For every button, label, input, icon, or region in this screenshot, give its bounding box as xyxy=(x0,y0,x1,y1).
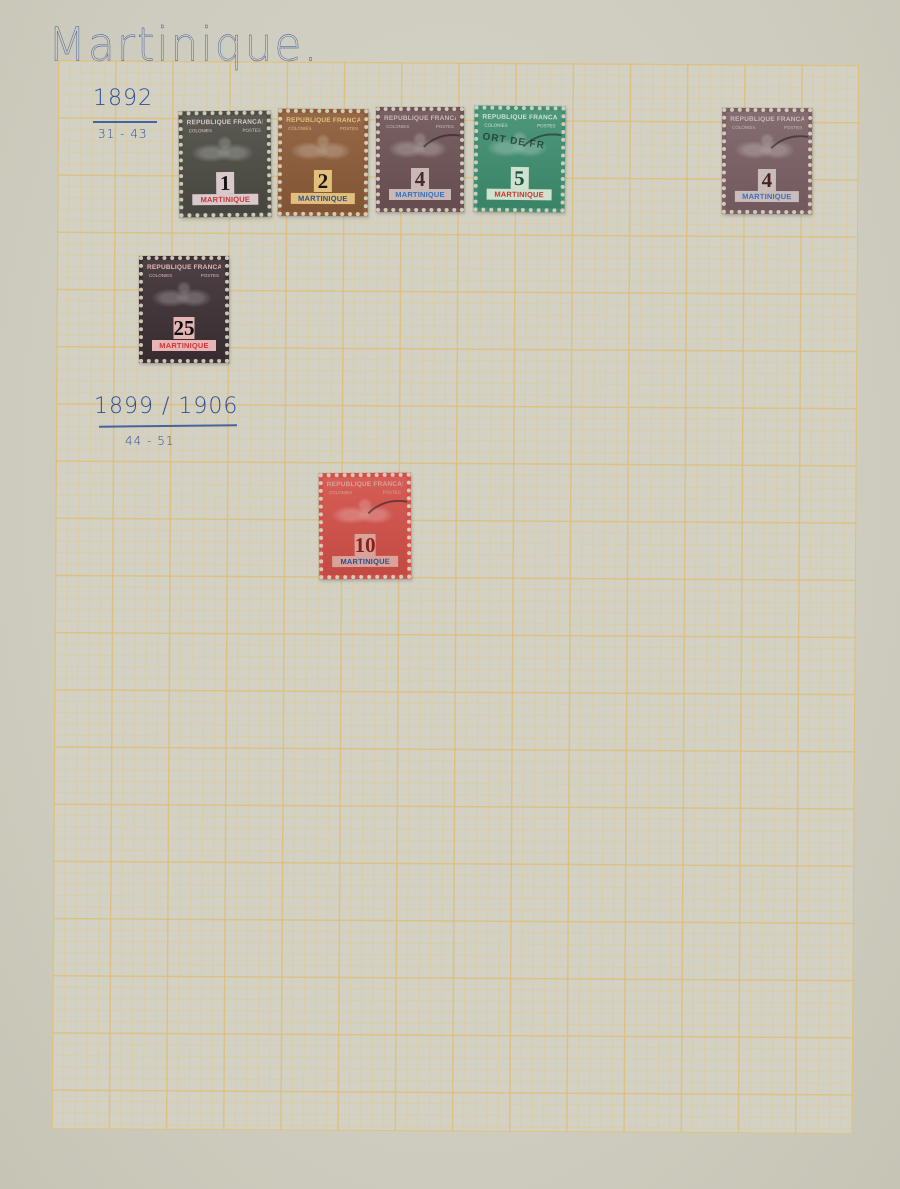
stamp-country-name: MARTINIQUE xyxy=(291,193,355,204)
stamp-2-martinique: REPUBLIQUE FRANCAISE COLONIES POSTES 2 M… xyxy=(278,109,369,216)
stamp-postes-label: POSTES xyxy=(784,125,802,130)
stamp-colonies-label: COLONIES xyxy=(288,126,311,131)
catalogue-range: 44 - 51 xyxy=(125,434,175,448)
stamp-colonies-label: COLONIES xyxy=(329,490,352,495)
stamp-allegory-figures xyxy=(151,280,217,320)
stamp-4-martinique: REPUBLIQUE FRANCAISE COLONIES POSTES 4 M… xyxy=(722,108,812,214)
stamp-header: REPUBLIQUE FRANCAISE xyxy=(187,119,263,127)
stamp-country-name: MARTINIQUE xyxy=(152,340,216,351)
stamp-country-name: MARTINIQUE xyxy=(192,194,258,206)
stamp-value: 25 xyxy=(174,317,195,339)
stamp-1-martinique: REPUBLIQUE FRANCAISE COLONIES POSTES 1 M… xyxy=(179,111,272,218)
stamp-header: REPUBLIQUE FRANCAISE xyxy=(147,264,221,271)
stamp-subheader: COLONIES POSTES xyxy=(732,125,802,130)
stamp-header: REPUBLIQUE FRANCAISE xyxy=(327,481,403,488)
stamp-10-martinique: REPUBLIQUE FRANCAISE COLONIES POSTES 10 … xyxy=(319,473,412,579)
stamp-allegory-figures xyxy=(290,133,356,173)
section-year-1899-1906: 1899 / 1906 xyxy=(94,394,238,419)
stamp-colonies-label: COLONIES xyxy=(189,128,212,133)
stamp-subheader: COLONIES POSTES xyxy=(484,123,555,129)
catalogue-range: 31 - 43 xyxy=(98,127,148,141)
stamp-value: 1 xyxy=(216,172,234,194)
stamp-header: REPUBLIQUE FRANCAISE xyxy=(730,116,804,123)
graph-grid xyxy=(51,60,859,1134)
stamp-5-martinique: REPUBLIQUE FRANCAISE COLONIES POSTES 5 M… xyxy=(473,106,565,213)
stamp-subheader: COLONIES POSTES xyxy=(189,128,261,134)
section-year-1892: 1892 xyxy=(93,86,153,111)
stamp-colonies-label: COLONIES xyxy=(484,123,507,128)
stamp-header: REPUBLIQUE FRANCAISE xyxy=(384,115,456,122)
stamp-header: REPUBLIQUE FRANCAISE xyxy=(482,114,557,122)
stamp-allegory-figures xyxy=(191,135,259,176)
stamp-value: 2 xyxy=(314,170,332,192)
album-page: Martinique. 1892 31 - 43 1899 / 1906 44 … xyxy=(0,0,900,1189)
stamp-colonies-label: COLONIES xyxy=(732,125,755,130)
page-title: Martinique. xyxy=(48,19,319,73)
stamp-25-martinique: REPUBLIQUE FRANCAISE COLONIES POSTES 25 … xyxy=(139,256,229,363)
stamp-subheader: COLONIES POSTES xyxy=(386,124,454,129)
stamp-postes-label: POSTES xyxy=(436,124,454,129)
section-divider xyxy=(93,121,157,123)
stamp-subheader: COLONIES POSTES xyxy=(149,273,219,278)
stamp-colonies-label: COLONIES xyxy=(149,273,172,278)
stamp-postes-label: POSTES xyxy=(201,273,219,278)
stamp-postes-label: POSTES xyxy=(340,126,358,131)
stamp-header: REPUBLIQUE FRANCAISE xyxy=(286,117,360,124)
stamp-4-martinique: REPUBLIQUE FRANCAISE COLONIES POSTES 4 M… xyxy=(376,107,464,212)
stamp-postes-label: POSTES xyxy=(537,123,555,128)
stamp-postes-label: POSTES xyxy=(242,128,260,133)
stamp-subheader: COLONIES POSTES xyxy=(329,490,401,495)
stamp-colonies-label: COLONIES xyxy=(386,124,409,129)
stamp-postes-label: POSTES xyxy=(383,490,401,495)
stamp-subheader: COLONIES POSTES xyxy=(288,126,358,131)
